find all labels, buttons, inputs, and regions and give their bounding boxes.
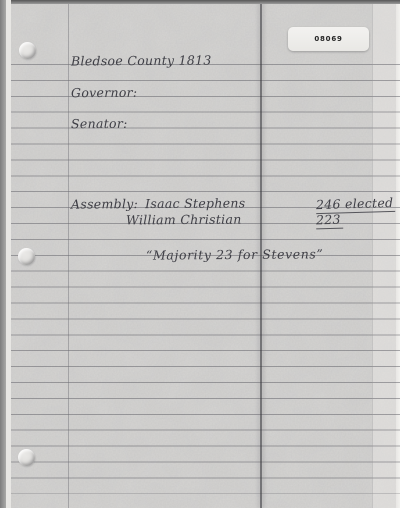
majority-note: “Majority 23 for Stevens” — [146, 246, 323, 262]
senator-label: Senator: — [71, 116, 128, 131]
candidate-votes-2-text: 223 — [316, 212, 343, 230]
scan-border-top — [0, 0, 400, 4]
hole-punch-middle — [18, 248, 35, 265]
candidate-name-1: Isaac Stephens — [145, 195, 245, 211]
hole-punch-top — [19, 42, 36, 59]
candidate-name-2: William Christian — [126, 212, 242, 228]
margin-line — [68, 4, 69, 508]
archive-label-number: 08069 — [314, 35, 342, 43]
candidate-votes-2: 223 — [316, 212, 343, 229]
paper-left-edge-gap — [6, 0, 11, 508]
governor-label: Governor: — [71, 85, 138, 100]
assembly-label: Assembly: — [71, 196, 138, 211]
archive-label-sticker: 08069 — [288, 27, 369, 51]
scanned-notebook-page: 08069 Bledsoe County 1813 Governor: Sena… — [0, 0, 400, 508]
page-title: Bledsoe County 1813 — [71, 53, 212, 69]
candidate-votes-1: 246 elected — [316, 196, 395, 214]
page-edge-line — [372, 0, 373, 508]
hole-punch-bottom — [18, 449, 35, 466]
assembly-line: Assembly:Isaac Stephens — [71, 195, 246, 211]
